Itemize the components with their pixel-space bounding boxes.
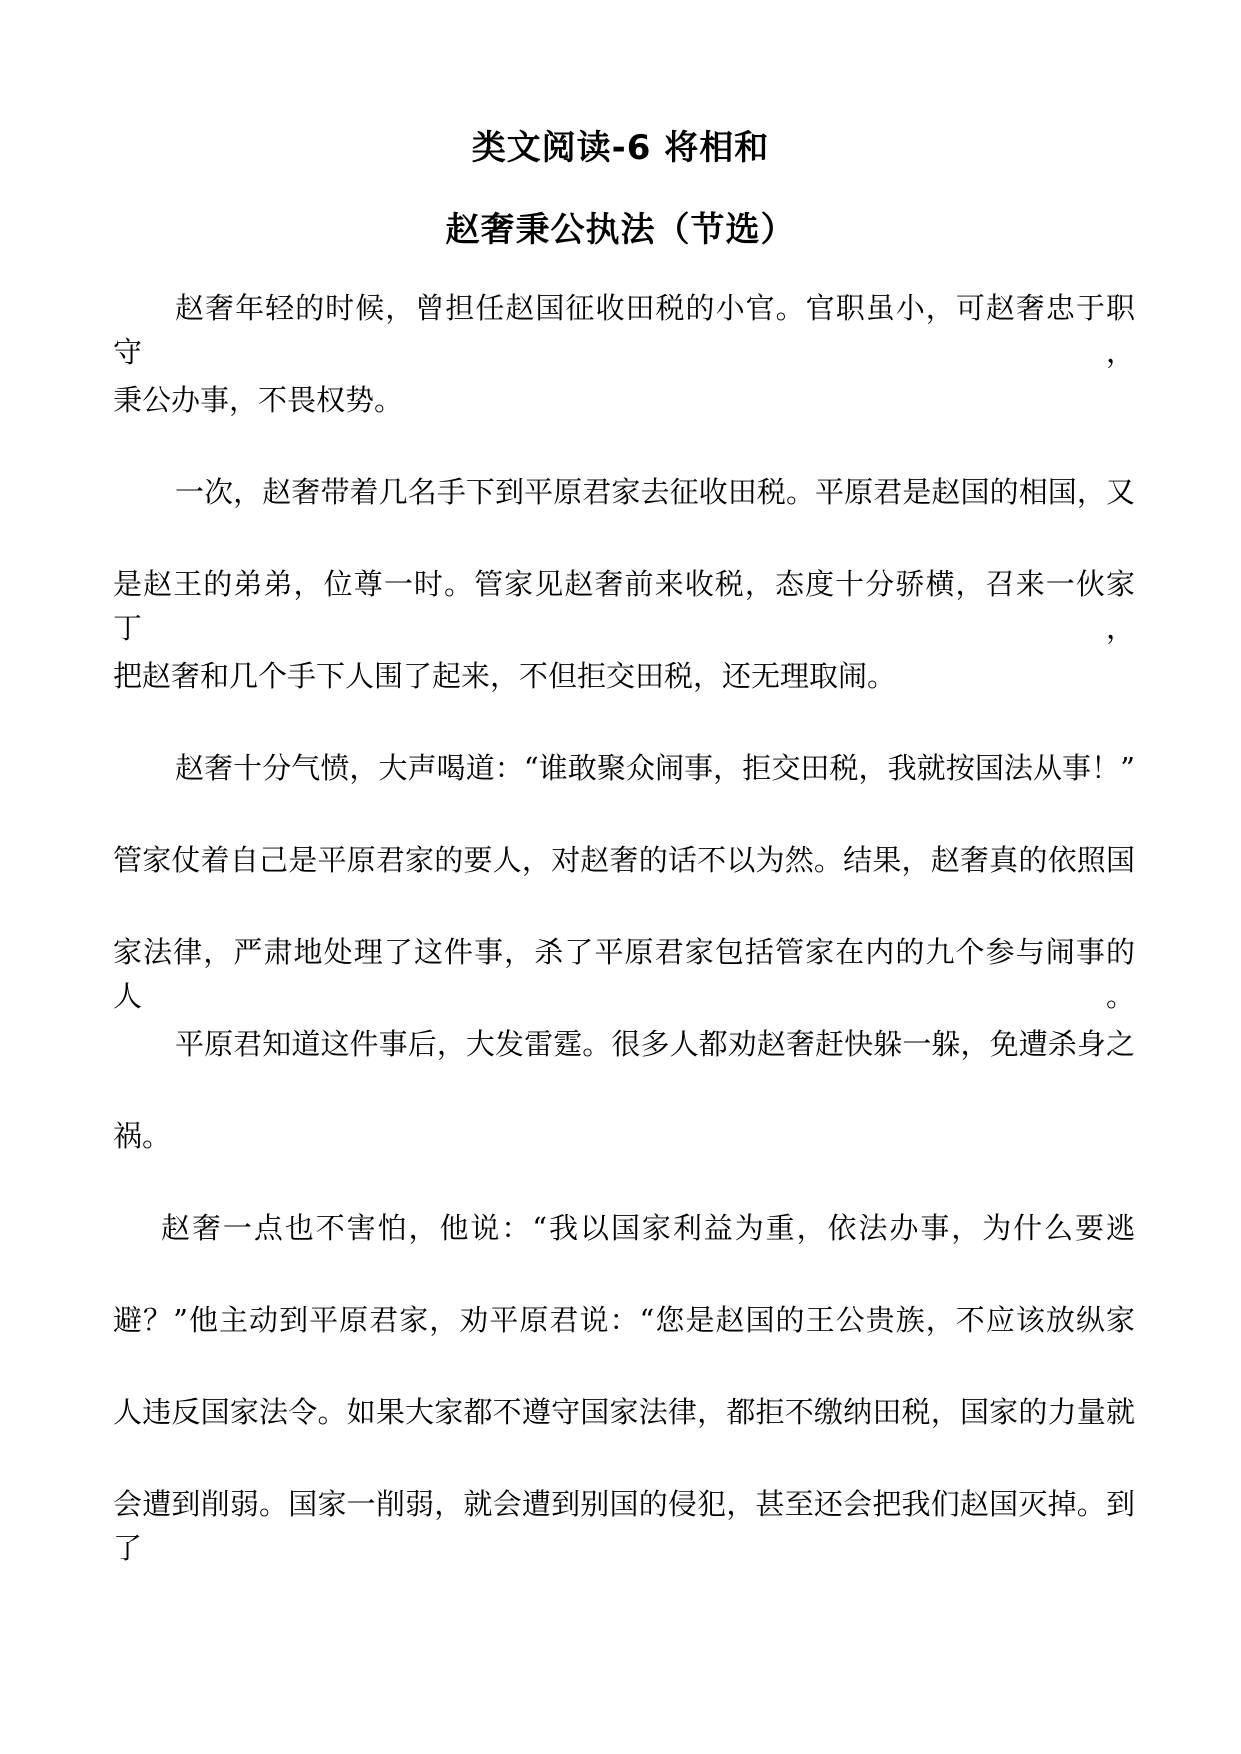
document-subtitle: 赵奢秉公执法（节选） bbox=[0, 208, 1241, 252]
paragraph-3-line-2: 管家仗着自己是平原君家的要人，对赵奢的话不以为然。结果，赵奢真的依照国 bbox=[113, 838, 1135, 930]
paragraph-2-line-3: 把赵奢和几个手下人围了起来，不但拒交田税，还无理取闹。 bbox=[113, 654, 1135, 746]
document-body: 赵奢年轻的时候，曾担任赵国征收田税的小官。官职虽小，可赵奢忠于职守， 秉公办事，… bbox=[113, 286, 1135, 1574]
paragraph-2-line-2: 是赵王的弟弟，位尊一时。管家见赵奢前来收税，态度十分骄横，召来一伙家丁， bbox=[113, 562, 1135, 654]
paragraph-5-line-1: 赵奢一点也不害怕，他说：“我以国家利益为重，依法办事，为什么要逃 bbox=[113, 1206, 1135, 1298]
paragraph-4-line-2: 祸。 bbox=[113, 1114, 1135, 1206]
paragraph-5-line-2: 避？”他主动到平原君家，劝平原君说：“您是赵国的王公贵族，不应该放纵家 bbox=[113, 1298, 1135, 1390]
paragraph-5-line-4: 会遭到削弱。国家一削弱，就会遭到别国的侵犯，甚至还会把我们赵国灭掉。到了 bbox=[113, 1482, 1135, 1574]
paragraph-5-line-3: 人违反国家法令。如果大家都不遵守国家法律，都拒不缴纳田税，国家的力量就 bbox=[113, 1390, 1135, 1482]
paragraph-3-line-1: 赵奢十分气愤，大声喝道：“谁敢聚众闹事，拒交田税，我就按国法从事！” bbox=[113, 746, 1135, 838]
document-page: 类文阅读-6 将相和 赵奢秉公执法（节选） 赵奢年轻的时候，曾担任赵国征收田税的… bbox=[0, 0, 1241, 1754]
document-title: 类文阅读-6 将相和 bbox=[0, 126, 1241, 170]
paragraph-2-line-1: 一次，赵奢带着几名手下到平原君家去征收田税。平原君是赵国的相国，又 bbox=[113, 470, 1135, 562]
paragraph-1-line-1: 赵奢年轻的时候，曾担任赵国征收田税的小官。官职虽小，可赵奢忠于职守， bbox=[113, 286, 1135, 378]
paragraph-1-line-2: 秉公办事，不畏权势。 bbox=[113, 378, 1135, 470]
paragraph-4-line-1: 平原君知道这件事后，大发雷霆。很多人都劝赵奢赶快躲一躲，免遭杀身之 bbox=[113, 1022, 1135, 1114]
paragraph-3-line-3: 家法律，严肃地处理了这件事，杀了平原君家包括管家在内的九个参与闹事的人。 bbox=[113, 930, 1135, 1022]
